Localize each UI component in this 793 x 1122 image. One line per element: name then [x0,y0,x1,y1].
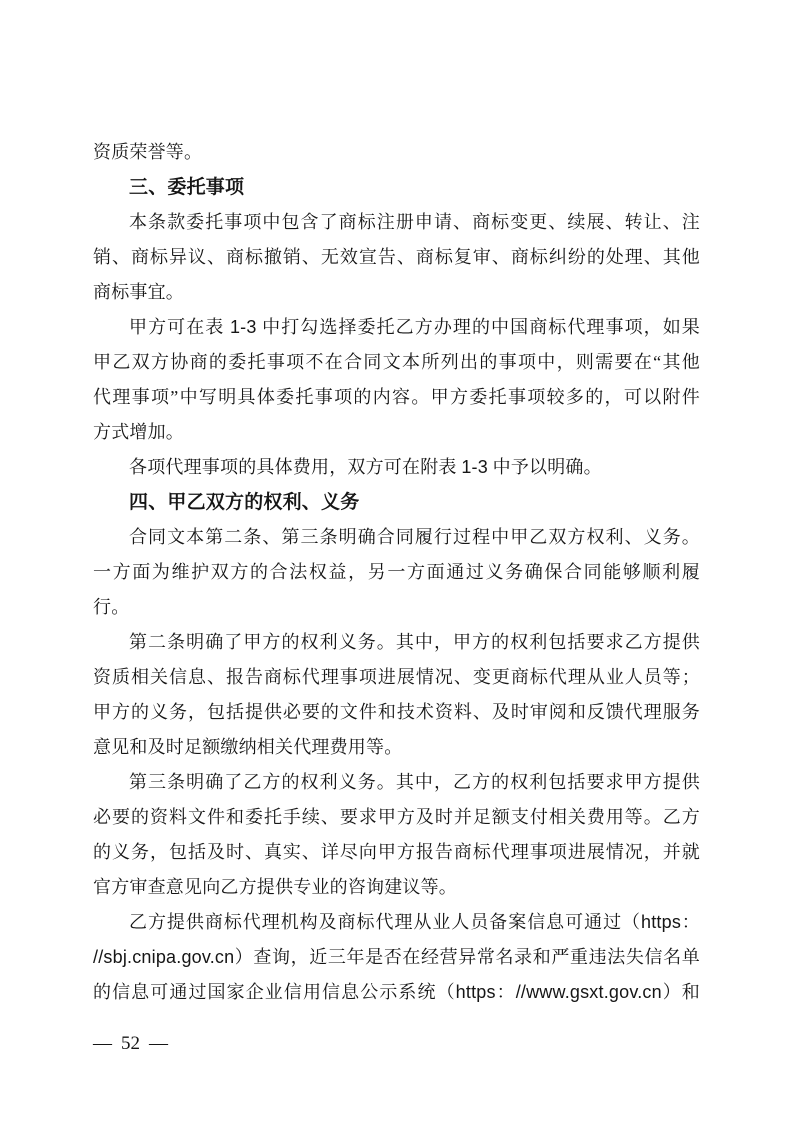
page-footer: — 52 — [93,1031,168,1057]
text-line: 官方审查意见向乙方提供专业的咨询建议等。 [93,870,700,905]
text-line: 资质荣誉等。 [93,135,700,170]
document-page: 资质荣誉等。三、委托事项本条款委托事项中包含了商标注册申请、商标变更、续展、转让… [0,0,793,1122]
text-line: 商标事宜。 [93,275,700,310]
text-line: 一方面为维护双方的合法权益，另一方面通过义务确保合同能够顺利履 [93,555,700,590]
section-heading: 四、甲乙双方的权利、义务 [93,485,700,520]
text-line: 必要的资料文件和委托手续、要求甲方及时并足额支付相关费用等。乙方 [93,800,700,835]
text-line: 甲方的义务，包括提供必要的文件和技术资料、及时审阅和反馈代理服务 [93,695,700,730]
text-line: 的信息可通过国家企业信用信息公示系统（https：//www.gsxt.gov.… [93,975,700,1010]
text-line: 方式增加。 [93,415,700,450]
latin-text: 1-3 [461,457,488,477]
footer-dash-right: — [149,1033,168,1055]
text-line: 第三条明确了乙方的权利义务。其中，乙方的权利包括要求甲方提供 [93,765,700,800]
text-line: 甲乙双方协商的委托事项不在合同文本所列出的事项中，则需要在“其他 [93,345,700,380]
text-line: 本条款委托事项中包含了商标注册申请、商标变更、续展、转让、注 [93,205,700,240]
text-line: 合同文本第二条、第三条明确合同履行过程中甲乙双方权利、义务。 [93,520,700,555]
text-line: 意见和及时足额缴纳相关代理费用等。 [93,730,700,765]
latin-text: 1-3 [230,317,257,337]
text-line: 第二条明确了甲方的权利义务。其中，甲方的权利包括要求乙方提供 [93,625,700,660]
text-line: 资质相关信息、报告商标代理事项进展情况、变更商标代理从业人员等； [93,660,700,695]
text-line: 甲方可在表 1-3 中打勾选择委托乙方办理的中国商标代理事项，如果 [93,310,700,345]
latin-text: https [456,982,496,1002]
latin-text: //www.gsxt.gov.cn [516,982,662,1002]
section-heading: 三、委托事项 [93,170,700,205]
text-line: 的义务，包括及时、真实、详尽向甲方报告商标代理事项进展情况，并就 [93,835,700,870]
text-line: 代理事项”中写明具体委托事项的内容。甲方委托事项较多的，可以附件 [93,380,700,415]
text-line: 销、商标异议、商标撤销、无效宣告、商标复审、商标纠纷的处理、其他 [93,240,700,275]
latin-text: //sbj.cnipa.gov.cn [93,947,234,967]
text-line: //sbj.cnipa.gov.cn）查询，近三年是否在经营异常名录和严重违法失… [93,940,700,975]
page-number: 52 [121,1033,140,1055]
text-line: 行。 [93,590,700,625]
page-body: 资质荣誉等。三、委托事项本条款委托事项中包含了商标注册申请、商标变更、续展、转让… [93,135,700,1010]
latin-text: https [641,912,681,932]
text-line: 各项代理事项的具体费用，双方可在附表 1-3 中予以明确。 [93,450,700,485]
footer-dash-left: — [93,1033,112,1055]
text-line: 乙方提供商标代理机构及商标代理从业人员备案信息可通过（https： [93,905,700,940]
